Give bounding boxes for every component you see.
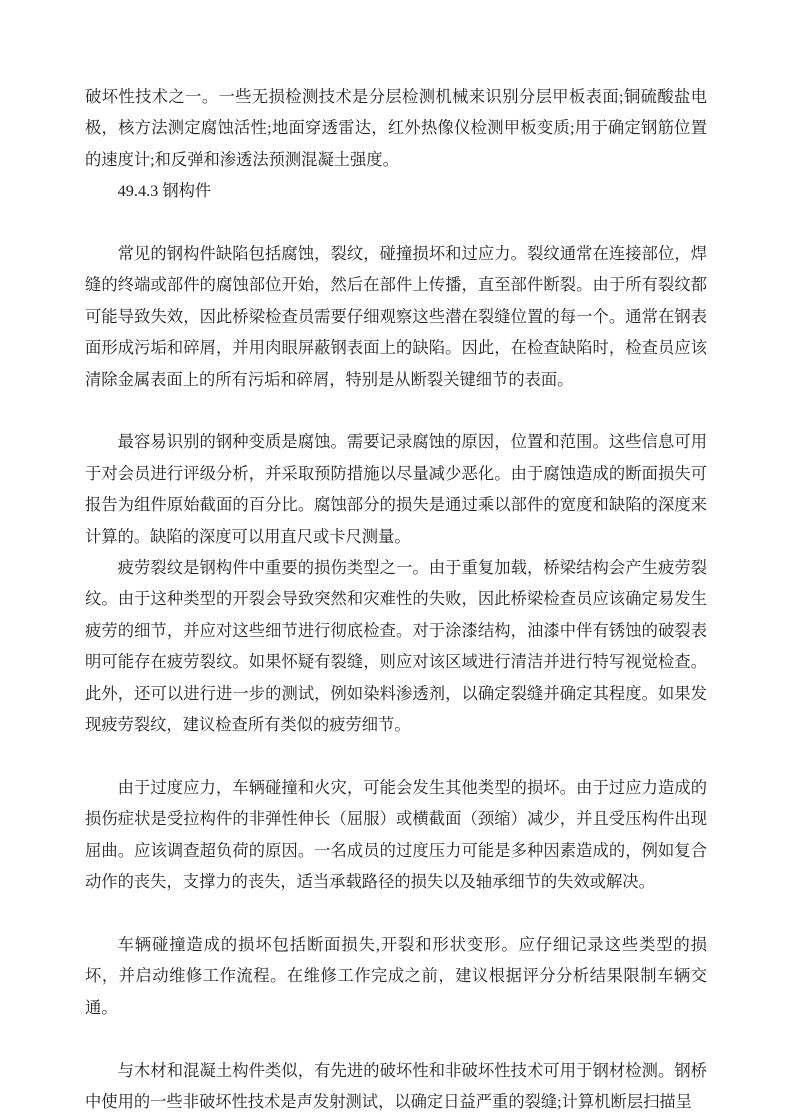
body-paragraph-ndt-intro-continuation: 破坏性技术之一。一些无损检测技术是分层检测机械来识别分层甲板表面;铜硫酸盐电极，… <box>85 81 707 175</box>
body-paragraph-fatigue-cracks: 疲劳裂纹是钢构件中重要的损伤类型之一。由于重复加载，桥梁结构会产生疲劳裂纹。由于… <box>85 552 707 740</box>
body-paragraph-steel-defects: 常见的钢构件缺陷包括腐蚀，裂纹，碰撞损坏和过应力。裂纹通常在连接部位，焊缝的终端… <box>85 238 707 395</box>
document-page: 破坏性技术之一。一些无损检测技术是分层检测机械来识别分层甲板表面;铜硫酸盐电极，… <box>0 0 785 1120</box>
body-paragraph-vehicle-collision: 车辆碰撞造成的损坏包括断面损失,开裂和形状变形。应仔细记录这些类型的损坏，并启动… <box>85 929 707 1023</box>
body-paragraph-overstress-damage: 由于过度应力，车辆碰撞和火灾，可能会发生其他类型的损坏。由于过应力造成的损伤症状… <box>85 772 707 898</box>
body-paragraph-corrosion: 最容易识别的钢种变质是腐蚀。需要记录腐蚀的原因，位置和范围。这些信息可用于对会员… <box>85 426 707 552</box>
document-body: 破坏性技术之一。一些无损检测技术是分层检测机械来识别分层甲板表面;铜硫酸盐电极，… <box>85 81 707 1117</box>
section-heading: 49.4.3 钢构件 <box>85 175 707 206</box>
body-paragraph-steel-ndt-techniques: 与木材和混凝土构件类似，有先进的破坏性和非破坏性技术可用于钢材检测。钢桥中使用的… <box>85 1055 707 1118</box>
